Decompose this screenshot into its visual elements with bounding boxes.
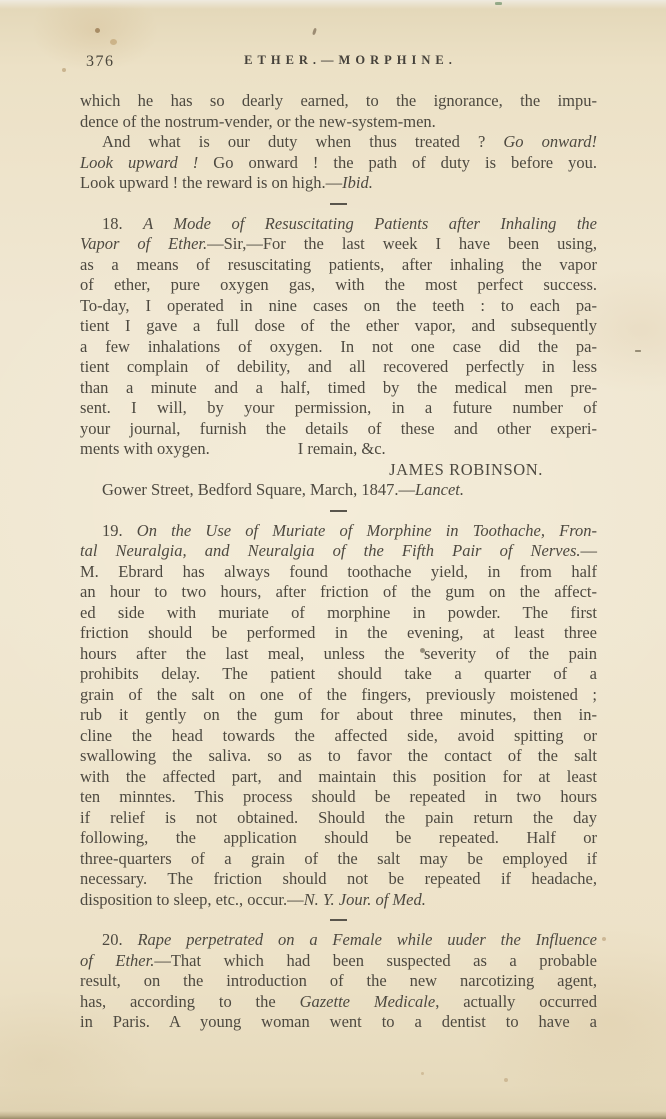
text-line: prohibits delay. The patient should take…	[80, 664, 597, 685]
text-line: 20. Rape perpetrated on a Female while u…	[80, 930, 597, 951]
text-run: dence of the nostrum-vender, or the new-…	[80, 112, 436, 131]
text-run: friction should be performed in the even…	[80, 623, 597, 642]
text-run: tient complain of debility, and all reco…	[80, 357, 597, 376]
text-run: of ether, pure oxygen gas, with the most…	[80, 275, 597, 294]
text-run: sent. I will, by your permission, in a f…	[80, 398, 597, 417]
page-header: 376 ETHER.—MORPHINE.	[80, 53, 597, 75]
text-line: ments with oxygen.I remain, &c.	[80, 439, 597, 460]
text-line: disposition to sleep, etc., occur.—N. Y.…	[80, 890, 597, 911]
italic-text: Ibid.	[342, 173, 373, 192]
paper-speck	[495, 2, 502, 5]
text-run: swallowing the saliva. so as to favor th…	[80, 746, 597, 765]
paper-speck	[95, 28, 100, 33]
text-line: than a minute and a half, timed by the m…	[80, 378, 597, 399]
text-run: Go onward ! the path of duty is before y…	[198, 153, 597, 172]
text-run: rub it gently on the gum for about three…	[80, 705, 597, 724]
text-run: following, the application should be rep…	[80, 828, 597, 847]
text-line: rub it gently on the gum for about three…	[80, 705, 597, 726]
italic-text: Look upward !	[80, 153, 198, 172]
text-line: result, on the introduction of the new n…	[80, 971, 597, 992]
text-line: swallowing the saliva. so as to favor th…	[80, 746, 597, 767]
italic-text: Rape perpetrated on a Female while uuder…	[137, 930, 597, 949]
text-run: —That which had been suspected as a prob…	[154, 951, 597, 970]
text-run: , actually occurred	[435, 992, 597, 1011]
book-page: 376 ETHER.—MORPHINE. which he has so dea…	[0, 0, 666, 1119]
text-run: Gower Street, Bedford Square, March, 184…	[102, 480, 415, 499]
text-line: Vapor of Ether.—Sir,—For the last week I…	[80, 234, 597, 255]
text-line: To-day, I operated in nine cases on the …	[80, 296, 597, 317]
text-run: three-quarters of a grain of the salt ma…	[80, 849, 597, 868]
text-line: hours after the last meal, unless the se…	[80, 644, 597, 665]
text-line: 19. On the Use of Muriate of Morphine in…	[80, 521, 597, 542]
text-run: —Sir,—For the last week I have been usin…	[207, 234, 597, 253]
text-run: with the affected part, and maintain thi…	[80, 767, 597, 786]
text-line: tal Neuralgia, and Neuralgia of the Fift…	[80, 541, 597, 562]
text-run: JAMES ROBINSON.	[389, 460, 543, 479]
text-run: —	[581, 541, 598, 560]
paper-speck	[110, 39, 117, 45]
text-line: which he has so dearly earned, to the ig…	[80, 91, 597, 112]
text-line: if relief is not obtained. Should the pa…	[80, 808, 597, 829]
separator-dash	[330, 203, 347, 205]
paper-speck	[421, 1072, 424, 1075]
text-run: 19.	[102, 521, 137, 540]
text-line: with the affected part, and maintain thi…	[80, 767, 597, 788]
text-line: of ether, pure oxygen gas, with the most…	[80, 275, 597, 296]
inline-spacer	[210, 453, 298, 454]
text-run: 20.	[102, 930, 137, 949]
text-line: following, the application should be rep…	[80, 828, 597, 849]
text-run: hours after the last meal, unless the se…	[80, 644, 597, 663]
text-line: of Ether.—That which had been suspected …	[80, 951, 597, 972]
text-run: necessary. The friction should not be re…	[80, 869, 597, 888]
text-line: sent. I will, by your permission, in a f…	[80, 398, 597, 419]
italic-text: Go onward!	[503, 132, 597, 151]
text-run: if relief is not obtained. Should the pa…	[80, 808, 597, 827]
paper-speck	[312, 28, 317, 36]
italic-text: Gazette Medicale	[300, 992, 436, 1011]
text-run: as a means of resuscitating patients, af…	[80, 255, 597, 274]
text-line: dence of the nostrum-vender, or the new-…	[80, 112, 597, 133]
running-head: ETHER.—MORPHINE.	[80, 53, 597, 68]
text-block: which he has so dearly earned, to the ig…	[80, 91, 597, 1033]
text-line: tient complain of debility, and all reco…	[80, 357, 597, 378]
italic-text: N. Y. Jour. of Med.	[304, 890, 426, 909]
text-run: has, according to the	[80, 992, 300, 1011]
section-separator	[80, 910, 597, 930]
text-run: ed side with muriate of morphine in powd…	[80, 603, 597, 622]
paper-speck	[62, 68, 66, 72]
text-run: than a minute and a half, timed by the m…	[80, 378, 597, 397]
text-run: an hour to two hours, after friction of …	[80, 582, 597, 601]
text-line: grain of the salt on one of the fingers,…	[80, 685, 597, 706]
text-run: Look upward ! the reward is on high.—	[80, 173, 342, 192]
page-bottom-edge	[0, 1111, 666, 1119]
paper-speck	[602, 937, 606, 941]
text-line: tient I gave a full dose of the ether va…	[80, 316, 597, 337]
text-line: ten minntes. This process should be repe…	[80, 787, 597, 808]
paper-speck	[420, 648, 425, 653]
text-line: JAMES ROBINSON.	[80, 460, 597, 481]
text-run: which he has so dearly earned, to the ig…	[80, 91, 597, 110]
italic-text: On the Use of Muriate of Morphine in Too…	[137, 521, 597, 540]
paper-speck	[635, 350, 641, 352]
text-line: cline the head towards the affected side…	[80, 726, 597, 747]
separator-dash	[330, 919, 347, 921]
text-run: M. Ebrard has always found toothache yie…	[80, 562, 597, 581]
text-run: tient I gave a full dose of the ether va…	[80, 316, 597, 335]
italic-text: tal Neuralgia, and Neuralgia of the Fift…	[80, 541, 581, 560]
paper-speck	[504, 1078, 508, 1082]
text-run: ten minntes. This process should be repe…	[80, 787, 597, 806]
section-separator	[80, 501, 597, 521]
text-line: in Paris. A young woman went to a dentis…	[80, 1012, 597, 1033]
text-line: friction should be performed in the even…	[80, 623, 597, 644]
text-run: I remain, &c.	[298, 439, 386, 458]
text-line: necessary. The friction should not be re…	[80, 869, 597, 890]
italic-text: Lancet.	[415, 480, 464, 499]
text-run: ments with oxygen.	[80, 439, 210, 458]
italic-text: A Mode of Resuscitating Patients after I…	[143, 214, 597, 233]
section-separator	[80, 194, 597, 214]
text-run: 18.	[102, 214, 143, 233]
text-line: And what is our duty when thus treated ?…	[80, 132, 597, 153]
text-line: your journal, furnish the details of the…	[80, 419, 597, 440]
text-run: cline the head towards the affected side…	[80, 726, 597, 745]
text-line: M. Ebrard has always found toothache yie…	[80, 562, 597, 583]
text-line: ed side with muriate of morphine in powd…	[80, 603, 597, 624]
text-run: your journal, furnish the details of the…	[80, 419, 597, 438]
text-run: To-day, I operated in nine cases on the …	[80, 296, 597, 315]
page-top-edge	[0, 0, 666, 9]
text-run: grain of the salt on one of the fingers,…	[80, 685, 597, 704]
separator-dash	[330, 510, 347, 512]
italic-text: of Ether.	[80, 951, 154, 970]
text-line: three-quarters of a grain of the salt ma…	[80, 849, 597, 870]
text-line: 18. A Mode of Resuscitating Patients aft…	[80, 214, 597, 235]
text-line: Look upward ! the reward is on high.—Ibi…	[80, 173, 597, 194]
text-line: an hour to two hours, after friction of …	[80, 582, 597, 603]
text-run: disposition to sleep, etc., occur.—	[80, 890, 304, 909]
text-line: has, according to the Gazette Medicale, …	[80, 992, 597, 1013]
text-line: Look upward ! Go onward ! the path of du…	[80, 153, 597, 174]
text-line: as a means of resuscitating patients, af…	[80, 255, 597, 276]
text-run: result, on the introduction of the new n…	[80, 971, 597, 990]
italic-text: Vapor of Ether.	[80, 234, 207, 253]
text-run: in Paris. A young woman went to a dentis…	[80, 1012, 597, 1031]
page-number: 376	[86, 53, 115, 71]
text-line: Gower Street, Bedford Square, March, 184…	[80, 480, 597, 501]
text-run: And what is our duty when thus treated ?	[102, 132, 503, 151]
text-run: prohibits delay. The patient should take…	[80, 664, 597, 683]
text-run: a few inhalations of oxygen. In not one …	[80, 337, 597, 356]
text-line: a few inhalations of oxygen. In not one …	[80, 337, 597, 358]
